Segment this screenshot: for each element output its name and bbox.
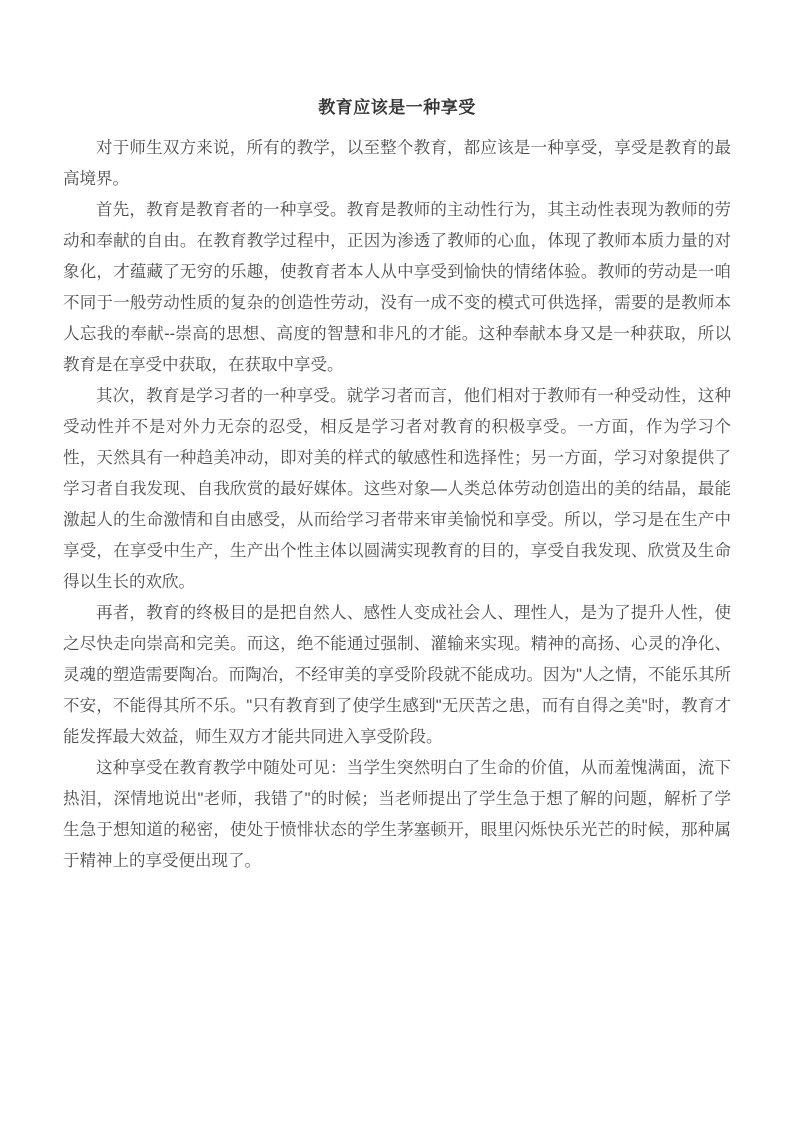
paragraph-intro: 对于师生双方来说，所有的教学，以至整个教育，都应该是一种享受，享受是教育的最高境… <box>63 133 731 195</box>
document-title: 教育应该是一种享受 <box>63 92 731 123</box>
paragraph-conclusion: 这种享受在教育教学中随处可见：当学生突然明白了生命的价值，从而羞愧满面，流下热泪… <box>63 753 731 877</box>
document-page: 教育应该是一种享受 对于师生双方来说，所有的教学，以至整个教育，都应该是一种享受… <box>0 0 793 1122</box>
paragraph-first-point: 首先，教育是教育者的一种享受。教育是教师的主动性行为，其主动性表现为教师的劳动和… <box>63 195 731 381</box>
paragraph-third-point: 再者，教育的终极目的是把自然人、感性人变成社会人、理性人，是为了提升人性，使之尽… <box>63 598 731 753</box>
paragraph-second-point: 其次，教育是学习者的一种享受。就学习者而言，他们相对于教师有一种受动性，这种受动… <box>63 381 731 598</box>
